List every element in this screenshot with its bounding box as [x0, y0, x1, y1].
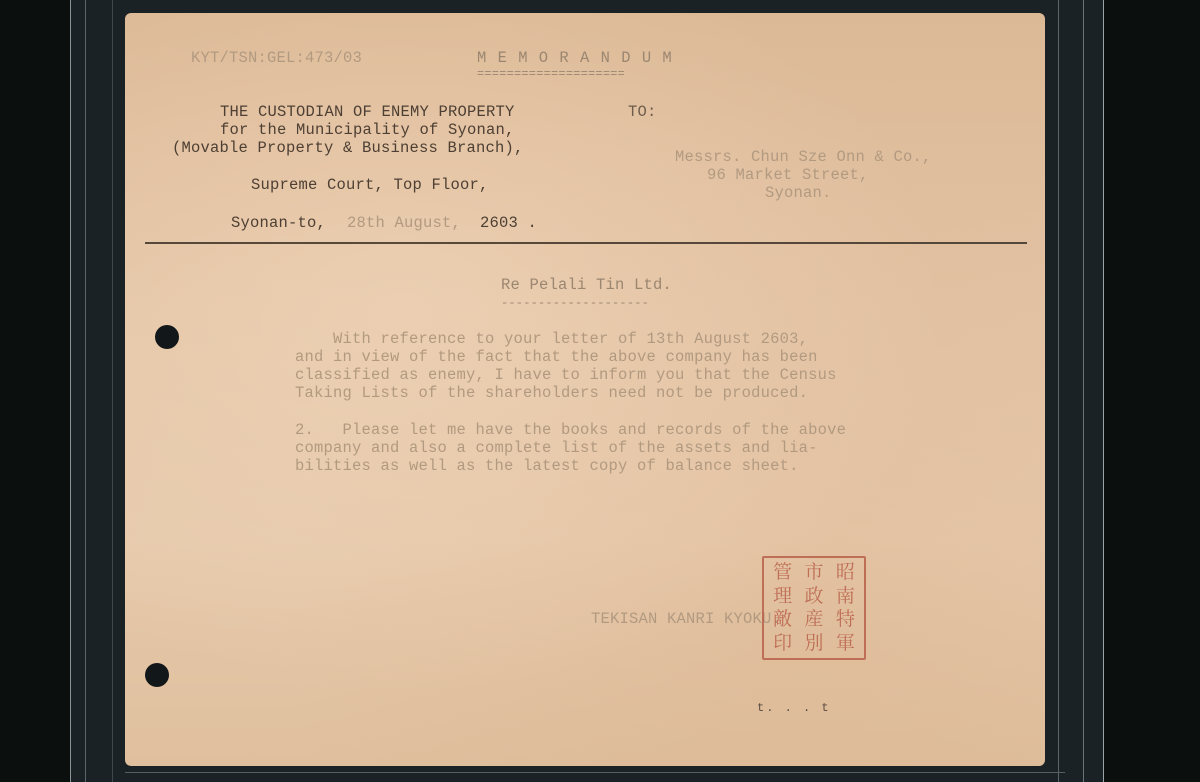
seal-character: 昭: [830, 561, 861, 585]
header-divider: [145, 242, 1027, 244]
seal-character: 印: [767, 632, 798, 656]
seal-character: 理: [767, 585, 798, 609]
seal-character: 特: [830, 608, 861, 632]
from-line-1: THE CUSTODIAN OF ENEMY PROPERTY: [220, 103, 515, 121]
from-line-2: for the Municipality of Syonan,: [220, 121, 515, 139]
seal-character: 軍: [830, 632, 861, 656]
body-para2-line: 2. Please let me have the books and reco…: [295, 421, 846, 439]
memo-year: 2603 .: [480, 214, 537, 232]
to-line-1: Messrs. Chun Sze Onn & Co.,: [675, 148, 932, 166]
from-address: Supreme Court, Top Floor,: [251, 176, 489, 194]
subject-underline: --------------------: [501, 294, 649, 312]
subject-line: Re Pelali Tin Ltd.: [501, 276, 672, 294]
seal-character: 敵: [767, 608, 798, 632]
seal-character: 産: [798, 608, 829, 632]
memo-title-underline: ====================: [477, 65, 625, 83]
to-line-2: 96 Market Street,: [707, 166, 869, 184]
seal-character: 政: [798, 585, 829, 609]
sleeve-edge-line: [85, 0, 86, 782]
body-para2-line: company and also a complete list of the …: [295, 439, 818, 457]
sleeve-edge-line: [112, 0, 113, 782]
punch-hole: [145, 663, 169, 687]
reference-number: KYT/TSN:GEL:473/03: [191, 49, 362, 67]
from-place: Syonan-to,: [231, 214, 326, 232]
body-para1-line: Taking Lists of the shareholders need no…: [295, 384, 808, 402]
seal-character: 管: [767, 561, 798, 585]
sleeve-edge-line: [1058, 0, 1059, 782]
memorandum-page: KYT/TSN:GEL:473/03 M E M O R A N D U M =…: [125, 13, 1045, 766]
seal-character: 市: [798, 561, 829, 585]
body-para2-line: bilities as well as the latest copy of b…: [295, 457, 799, 475]
from-line-3: (Movable Property & Business Branch),: [172, 139, 524, 157]
sleeve-edge-line: [1083, 0, 1084, 782]
seal-character: 別: [798, 632, 829, 656]
seal-character: 南: [830, 585, 861, 609]
to-label: TO:: [628, 103, 657, 121]
body-para1-line: and in view of the fact that the above c…: [295, 348, 818, 366]
body-para1-line: classified as enemy, I have to inform yo…: [295, 366, 837, 384]
memo-date: 28th August,: [347, 214, 461, 232]
body-para1-line: With reference to your letter of 13th Au…: [295, 330, 808, 348]
official-seal-stamp: 管 市 昭 理 政 南 敵 産 特 印 別 軍: [762, 556, 866, 660]
sleeve-edge-line: [125, 772, 1065, 773]
signature-line: TEKISAN KANRI KYOKU.: [591, 610, 781, 628]
punch-hole: [155, 325, 179, 349]
to-line-3: Syonan.: [765, 184, 832, 202]
handwritten-mark: t. . . t: [757, 701, 831, 715]
